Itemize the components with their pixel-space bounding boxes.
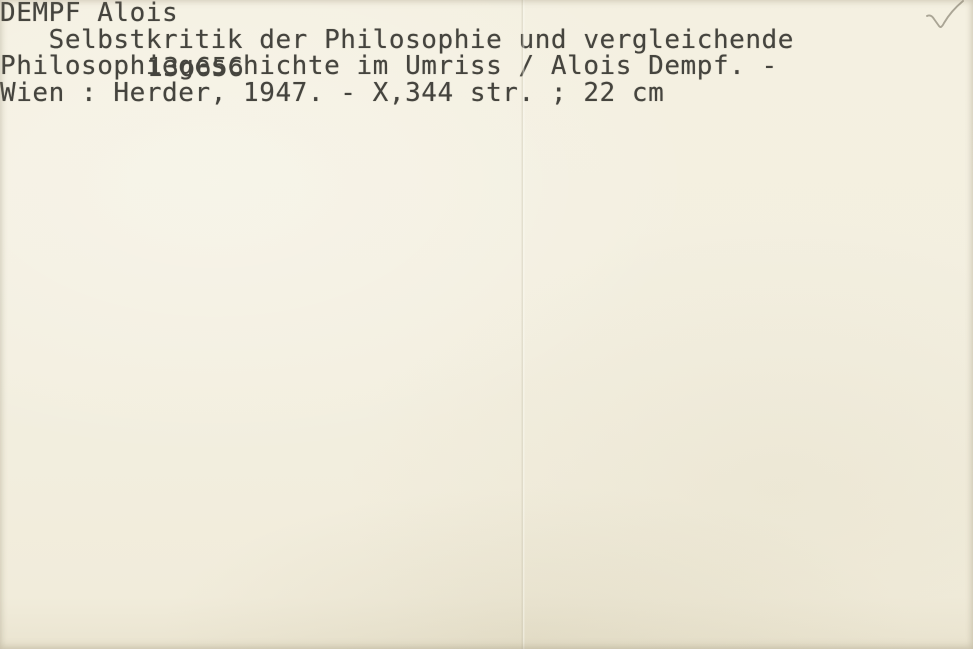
description-line: Philosophiegeschichte im Umriss / Alois … [0, 53, 973, 80]
call-number: 13o656 [147, 55, 244, 82]
catalog-card: 13o656 DEMPF Alois Selbstkritik der Phil… [0, 0, 973, 649]
description-line: Selbstkritik der Philosophie und verglei… [0, 27, 973, 54]
bibliographic-entry: DEMPF Alois Selbstkritik der Philosophie… [0, 0, 973, 106]
author-heading: DEMPF Alois [0, 0, 973, 27]
description-line: Wien : Herder, 1947. - X,344 str. ; 22 c… [0, 80, 973, 107]
checkmark-pen-icon [919, 0, 967, 36]
